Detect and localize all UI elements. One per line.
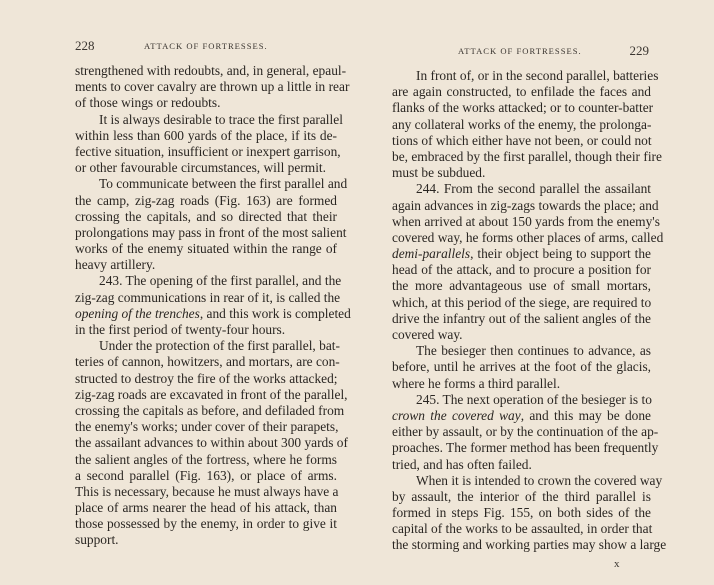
text-line: are again constructed, to enfilade the f… <box>392 84 651 100</box>
text-line: place of arms nearer the head of his att… <box>75 500 337 516</box>
text-line: within less than 600 yards of the place,… <box>75 128 337 144</box>
right-running-head: ATTACK OF FORTRESSES. 229 <box>392 43 651 59</box>
text-line: tried, and has often failed. <box>392 457 651 473</box>
text-line: which, at this period of the siege, are … <box>392 295 651 311</box>
text-line: either by assault, or by the continuatio… <box>392 424 651 440</box>
text-line: head of the attack, and to procure a pos… <box>392 262 651 278</box>
text-line: works of the enemy situated within the r… <box>75 241 337 257</box>
italic-term: demi-parallels <box>392 246 470 261</box>
text-line: the more advantageous use of small morta… <box>392 278 651 294</box>
text-line: zig-zag roads are excavated in front of … <box>75 387 337 403</box>
text-line: opening of the trenches, and this work i… <box>75 306 337 322</box>
text-line: the assailant advances to within about 3… <box>75 435 337 451</box>
text-line: structed to destroy the fire of the work… <box>75 371 337 387</box>
page-number: 229 <box>630 43 650 59</box>
text-line: crossing the capitals as before, and def… <box>75 403 337 419</box>
text-line: support. <box>75 532 337 548</box>
text-line: zig-zag communications in rear of it, is… <box>75 290 337 306</box>
text-line: a second parallel (Fig. 163), or place o… <box>75 468 337 484</box>
text-line: crown the covered way, and this may be d… <box>392 408 651 424</box>
text-line: must be subdued. <box>392 165 651 181</box>
text-line: when arrived at about 150 yards from the… <box>392 214 651 230</box>
text-line: The besieger then continues to advance, … <box>392 343 651 359</box>
signature-mark: x <box>614 558 620 570</box>
text-line: of those wings or redoubts. <box>75 95 337 111</box>
text-line: crossing the capitals, and so directed t… <box>75 209 337 225</box>
text-run: , and this work is completed <box>200 306 351 321</box>
text-line: any collateral works of the enemy, the p… <box>392 117 651 133</box>
text-line: flanks of the works attacked; or to coun… <box>392 100 651 116</box>
left-body-text: strengthened with redoubts, and, in gene… <box>75 63 337 549</box>
text-line: When it is intended to crown the covered… <box>392 473 651 489</box>
text-line: heavy artillery. <box>75 257 337 273</box>
text-line: Under the protection of the first parall… <box>75 338 337 354</box>
text-line: the enemy's works; under cover of their … <box>75 419 337 435</box>
text-line: formed in steps Fig. 155, on both sides … <box>392 505 651 521</box>
text-line: 244. From the second parallel the assail… <box>392 181 651 197</box>
italic-term: opening of the trenches <box>75 306 200 321</box>
text-line: teries of cannon, howitzers, and mortars… <box>75 354 337 370</box>
text-line: This is necessary, because he must alway… <box>75 484 337 500</box>
text-line: drive the infantry out of the salient an… <box>392 311 651 327</box>
text-line: To communicate between the first paralle… <box>75 176 337 192</box>
text-line: in the first period of twenty-four hours… <box>75 322 337 338</box>
right-body-text: In front of, or in the second parallel, … <box>392 68 651 554</box>
text-line: proaches. The former method has been fre… <box>392 440 651 456</box>
text-line: where he forms a third parallel. <box>392 376 651 392</box>
text-line: strengthened with redoubts, and, in gene… <box>75 63 337 79</box>
text-line: 243. The opening of the first parallel, … <box>75 273 337 289</box>
text-line: be, embraced by the first parallel, thou… <box>392 149 651 165</box>
text-line: fective situation, insufficient or inexp… <box>75 144 337 160</box>
text-line: the storming and working parties may sho… <box>392 537 651 553</box>
text-line: capital of the works to be assaulted, in… <box>392 521 651 537</box>
text-line: again advances in zig-zags towards the p… <box>392 198 651 214</box>
text-line: 245. The next operation of the besieger … <box>392 392 651 408</box>
text-line: tions of which either have not been, or … <box>392 133 651 149</box>
running-head-title: ATTACK OF FORTRESSES. <box>458 46 582 56</box>
italic-term: crown the covered way <box>392 408 521 423</box>
text-line: prolongations may pass in front of the m… <box>75 225 337 241</box>
text-line: before, until he arrives at the foot of … <box>392 359 651 375</box>
text-line: the camp, zig-zag roads (Fig. 163) are f… <box>75 193 337 209</box>
text-line: or other favourable circumstances, will … <box>75 160 337 176</box>
text-line: covered way. <box>392 327 651 343</box>
page-number: 228 <box>75 38 95 54</box>
text-line: demi-parallels, their object being to su… <box>392 246 651 262</box>
text-line: In front of, or in the second parallel, … <box>392 68 651 84</box>
text-run: , and this may be done <box>521 408 651 423</box>
text-line: by assault, the interior of the third pa… <box>392 489 651 505</box>
running-head-title: ATTACK OF FORTRESSES. <box>144 41 268 51</box>
text-line: ments to cover cavalry are thrown up a l… <box>75 79 337 95</box>
text-line: covered way, he forms other places of ar… <box>392 230 651 246</box>
text-line: It is always desirable to trace the firs… <box>75 112 337 128</box>
text-run: , their object being to support the <box>470 246 651 261</box>
text-line: those possessed by the enemy, in order t… <box>75 516 337 532</box>
left-running-head: 228 ATTACK OF FORTRESSES. <box>75 38 337 54</box>
text-line: the salient angles of the fortress, wher… <box>75 452 337 468</box>
